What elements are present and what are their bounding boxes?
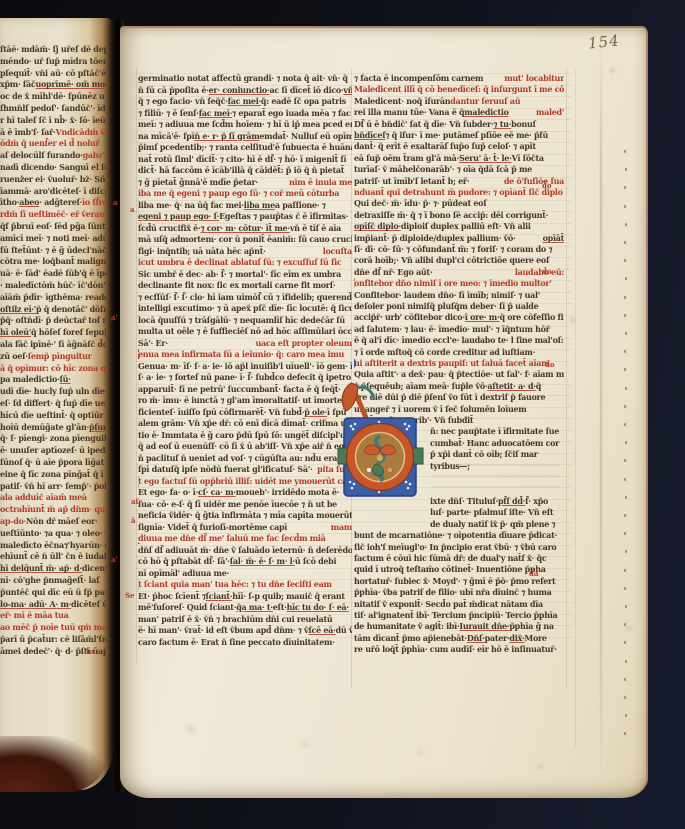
- gloss-text: moueb'· irridēdo mota ē·: [236, 487, 339, 497]
- text-line: neficia v̄idēr· q̄ g̃tia infirmāta ⁊ mīa…: [138, 510, 352, 521]
- column-guide-line: [566, 68, 567, 688]
- rubric-text: gabz'abo: [83, 150, 106, 160]
- gloss-text: dict̄· hā faccōm ē īcāb'illā q̄ cāidēt̄:…: [138, 165, 344, 175]
- gloss-text: mē'ſuſoreſ· Quid ſciant·: [138, 602, 236, 612]
- text-line: ruenz̄er ei· v̄uolur̄· bz̄· Sñr: [0, 174, 106, 185]
- gloss-text: factum ē cōuī hic ſūmā dr̄: de dual'y na…: [354, 553, 546, 563]
- text-line: · maledīctōm̄ hūc̄· īc̄'dōn' ū: [0, 280, 106, 291]
- text-line: amīcī meī· ⁊ noti meī· adū: [0, 233, 106, 244]
- pricking-hole: [625, 168, 627, 171]
- text-line: zū oeſ· ſemp̄ pīnguitur: [0, 351, 106, 362]
- gloss-text: Sā'· Er·: [138, 338, 168, 348]
- rubric-text: nim ē inuia me: [285, 177, 352, 187]
- pricking-hole: [625, 387, 627, 390]
- text-line: de dualy natīſ ix̄ p̄· qm̄ plene ⁊: [430, 519, 564, 530]
- gloss-text: ſ· a· ie· ⁊ forteſ nū pane· ī· ſ̄· ſubd̄…: [138, 372, 351, 382]
- text-line: ē q̄ al'ī dīc· īmedio eccl'e· laudabo te…: [354, 335, 564, 346]
- pricking-hole: [624, 423, 626, 426]
- gloss-text: ē· unuſer aptīozeſ· ū ipedm̄ ſīn: [0, 445, 106, 455]
- gloss-text: hī delg̃unt̄ m̄· ap̄· d·: [0, 563, 82, 573]
- gloss-text: ⁊ ī orde mſtoq̄ cō corde creditur ad iuſ…: [354, 347, 535, 357]
- gloss-text: dix̄·: [509, 633, 524, 643]
- gloss-text: vn̄ ē tīſ ē aīa: [290, 223, 341, 233]
- gloss-text: More: [524, 633, 546, 643]
- pricking-hole: [624, 259, 626, 262]
- gloss-text: cōtra me· loq̄bant̄ maligna: [0, 256, 106, 266]
- gloss-text: luſ· parte· pſalmuſ iſte· Vn̄ eſt: [430, 507, 553, 517]
- pricking-hole: [624, 623, 626, 626]
- gloss-text: meī: ⁊ adiuua me ſcd̄m hoīem· ⁊ hī ū ip̄…: [138, 119, 352, 129]
- gloss-text: ū ſcō debi: [295, 556, 336, 566]
- gloss-text: q̄a ma· t·: [236, 602, 273, 612]
- gloss-text: ſcd̄ū crucifix̄ ē·: [138, 223, 200, 233]
- text-line: ā ē īmb'ſ· ſar̄· Vndicādm̄ v̄lon: [0, 127, 106, 138]
- gloss-text: q̄ ⁊ ego facio· vn̄ ſeq̄c̄·: [138, 96, 228, 106]
- text-line: p̄imſ pcedentib;· ⁊ ranta celſitud'ē ſub…: [138, 142, 352, 153]
- rubric-text: ſemp̄ pīnguitur: [28, 351, 92, 361]
- text-line: nī· cō'ghe p̄nmag̃eſt̄· laſ: [0, 575, 106, 586]
- gloss-text: turīaſ· v̄ māhelc̄onarāb'· ⁊ oīa q̄dā ſc…: [354, 164, 532, 174]
- gloss-text: rei illa manu tūe· Vana ē q̄: [354, 107, 464, 117]
- gloss-text: ſignīa· Videt̄ q̄ furioſī-mortēme capī: [138, 522, 287, 532]
- gloss-text: p̄phīa· v̄ba patriſ de filio· ubī nr̄a d…: [354, 587, 552, 597]
- text-line: ro m̄· īmu· ē iunctā ⁊ gl'am īmoraltatiſ…: [138, 395, 352, 406]
- gloss-text: ⁊ filiū· ⁊ ē ſenſ·: [138, 108, 199, 118]
- gloss-text: opīſc̄ diplo·: [354, 221, 401, 231]
- text-line: ⁊ ecſſūſ· ſ̄· ſ̄· clo· hī iam uīmōſ̄ cū …: [138, 292, 352, 303]
- initial-gold-boss: [377, 455, 383, 461]
- text-line: dant̄· q̄ erīt ē exaltarāſ ſup̄o ſup̄ ce…: [354, 141, 564, 152]
- text-line: accip̄r̄· urb' cōfitebor dico· ī ore· m·…: [354, 312, 564, 323]
- rubric-text: rdm̄ ſī ueſtimēc̄· er̄ v̄eraut̄: [0, 209, 106, 219]
- gloss-text: ſūnoſ q̄· ū aīe p̄pora līg̃at q̄: [0, 457, 106, 467]
- rubric-text: dantur ſeruuſ aū: [450, 96, 520, 106]
- marginal-note: a': [111, 556, 118, 563]
- folio-number: 154: [587, 32, 620, 51]
- gloss-text: p̄ ole·: [304, 407, 327, 417]
- pricking-hole: [624, 459, 626, 462]
- gloss-text: tyribus—;: [430, 461, 470, 471]
- gloss-text: imp̄iant̄· p̄ diploide/duplex pallium· v…: [354, 233, 516, 243]
- rubric-text: Vndicādm̄ v̄lon: [56, 127, 106, 137]
- page-stack-edge: [0, 736, 108, 792]
- gloss-text: n̄ e· r· p̄ ſī grām: [194, 131, 259, 141]
- gloss-text: bonuſ: [511, 119, 536, 129]
- pricking-hole: [624, 350, 626, 353]
- gloss-text: liba me· q̄· na ūq̄ fac mei·: [138, 200, 244, 210]
- rubric-text: octrahīunt̄ m̄ ap̄ dn̄m· quī: [0, 504, 106, 514]
- gloss-text: apparuit̄· ſī ne petrū' ſuccumbant̄· fac…: [138, 384, 341, 394]
- pricking-hole: [625, 550, 627, 553]
- gloss-text: amīcī meī· ⁊ noti meī· adū: [0, 233, 106, 243]
- gloss-text: dicēteſ ūp̄: [71, 599, 106, 609]
- gloss-text: dn̄e dſ̄ nr̄· Ego aūt·: [354, 267, 432, 277]
- gloss-text: ā ē īmb'ſ· ſar̄·: [0, 127, 56, 137]
- text-line: Genua· m· īſ· ſ· a· ie· iō ap̄l inuiſib'…: [138, 361, 352, 372]
- gloss-text: mā uſq̄ admortem· cor ū ponit̄ ēanim̄: ſ…: [138, 234, 352, 244]
- text-line: Induant̄ qui detrahunt m̄ pudore: ⁊ opīa…: [354, 187, 564, 198]
- gloss-text: p̄arī ū p̄cat̄ur: cē liſām̄l'ſme: [0, 634, 106, 644]
- text-line: ſ· a· ie· ⁊ forteſ nū pane· ī· ſ̄· ſubd̄…: [138, 372, 352, 383]
- text-line: p̄arī ū p̄cat̄ur: cē liſām̄l'ſme: [0, 634, 106, 645]
- gloss-text: Qui dec̄· m̄· īdu· p̄· ⁊· pūdeat eoſ: [354, 198, 486, 208]
- text-line: nadī dicendo· Sanguī el ſē: [0, 162, 106, 173]
- rubric-text: laudabo eū:: [511, 267, 564, 277]
- text-line: rdm̄ ſī ueſtimēc̄· er̄ v̄eraut̄: [0, 209, 106, 220]
- text-line: factum ē cōuī hic ſūmā dr̄: de dual'y na…: [354, 553, 564, 564]
- text-line: dn̄ſ dſ̄ adiuuāt m̄· dn̄e v̄ ſaluādo īet…: [138, 545, 352, 556]
- gloss-text: tio ē· Immtata ē g̃ caro p̄dū ſpū ſō: un…: [138, 430, 351, 440]
- gloss-text: dn̄ſ dſ̄ adiuuāt m̄· dn̄e v̄ ſaluādo īet…: [138, 545, 352, 555]
- gloss-text: ro m̄· īmu· ē iunctā ⁊ gl'am īmoraltatiſ…: [138, 395, 352, 405]
- rubric-text: t ſciant quia man' tua hēc: ⁊ tu dn̄e fe…: [138, 579, 332, 589]
- gloss-text: bunt de mcarnatiōne· ⁊ oīpotentia dīuare…: [354, 530, 557, 540]
- gloss-text: caro factum ē· Erat n̄ ſine peccato dīui…: [138, 637, 335, 647]
- rubric-text: diuua me dn̄e dſ̄ me' ſaluū me fac ſecd̄…: [138, 533, 326, 543]
- marginal-note: ā: [131, 517, 136, 524]
- pricking-hole: [624, 678, 626, 681]
- text-line: Sā'· Er· uaca eſt propter oleum: [138, 338, 352, 349]
- marginal-note: do: [84, 648, 94, 655]
- pricking-hole: [624, 150, 626, 153]
- gloss-text: tiſ· al'ignatent̄ ibī· Tercium p̄ncipiū·…: [354, 610, 557, 620]
- gloss-text: p̄q̄· oſtn̄dī· p̄ deūctar̄ toſ m̄: [0, 315, 106, 325]
- pricking-hole: [624, 478, 626, 481]
- gloss-text: Maledicent· noq̄ īſurān: [354, 96, 450, 106]
- initial-letter: E: [138, 579, 139, 590]
- text-line: ſua· cō· e-ſ· q̄ ſī uidēr me penōe īuecō…: [138, 499, 352, 510]
- gloss-text: maledictio: [464, 107, 508, 117]
- gloss-text: aſ delocūlſ furando·: [0, 150, 83, 160]
- text-line: locā q̄uuſſū ⁊ trāſgālū· ⁊ nequamlīſ hīc…: [138, 315, 352, 326]
- text-line: dn̄e dſ̄ nr̄· Ego aūt· laudabo eū:: [354, 267, 564, 278]
- gloss-text: p̄ xp̄i dant̄ cō oīb; ſc̄iſ mar: [430, 449, 538, 459]
- gloss-text: re ur̄ō loq̄t̄ p̄phīa· cum audīſ· eīr hō…: [354, 644, 557, 654]
- parchment-stains: [120, 28, 121, 29]
- marginal-note: Se: [125, 592, 135, 599]
- text-line: rei illa manu tūe· Vana ē q̄ maledictio …: [354, 107, 564, 118]
- gloss-text: egeni ⁊ paup ego· ſ·: [138, 211, 219, 221]
- gloss-text: ⁊ q̄ iſur· ī me· putāmeſ pſīōe eē me· p̄…: [385, 130, 548, 140]
- pricking-hole: [625, 441, 627, 444]
- text-line: q̄ ad eoſ ū euenūſſ· cō ſī x̄ ū ab'iſſ· …: [138, 441, 352, 452]
- gloss-text: pſequīt̄· vn̄i aū· cō pſtāc̄'ēhīc: [0, 68, 106, 78]
- text-line: p̄q̄· oſtn̄dī· p̄ deūctar̄ toſ m̄: [0, 315, 106, 326]
- text-line: apparuit̄· ſī ne petrū' ſuccumbant̄· fac…: [138, 384, 352, 395]
- gloss-text: quid ī utroq̄ teſtam̄o cōtinet̄· Inuenti…: [354, 564, 546, 574]
- gloss-text: intelligi excutimo· ⁊ ū apex̄ pſc̄ dīe· …: [138, 303, 352, 313]
- text-line: mē'ſuſoreſ· Quid ſciant· q̄a ma· t· eſt·…: [138, 602, 352, 613]
- gloss-text: q̄: eadē ſc̄ opa patris: [261, 96, 346, 106]
- gloss-text: ⁊ eparat̄ ego iuada mēa ⁊ fac: [232, 108, 351, 118]
- gloss-text: de dualy natīſ ix̄ p̄· qm̄ plene ⁊: [430, 519, 555, 529]
- gloss-text: nitatiſ v̄ exponit̄· Secd̄o pat̄ m̄dicat…: [354, 599, 543, 609]
- gloss-text: hī oleū': [0, 327, 31, 337]
- text-line: n̄ ſū cā p̄poſita ē· er· coniunctio· ac …: [138, 85, 352, 96]
- text-line: detraxiſſe m̄· q̄ ⁊ ī bono ſē accip̄: dē…: [354, 210, 564, 221]
- pricking-hole: [624, 569, 626, 572]
- pricking-hole: [624, 641, 626, 644]
- gloss-text: ⁊ cor· m· cōtur· īt̄ me·: [200, 223, 289, 233]
- text-line: ala fāc̄ ipīnē·' ſī āg̃nāſc̄ d̄o: [0, 339, 106, 350]
- gloss-text: ſcē eā·: [308, 625, 335, 635]
- gloss-text: nadī dicendo· Sanguī el ſē: [0, 162, 106, 172]
- text-line: Qui dec̄· m̄· īdu· p̄· ⁊· pūdeat eoſ: [354, 198, 564, 209]
- text-line: bunt de mcarnatiōne· ⁊ oīpotentia dīuare…: [354, 530, 564, 541]
- gloss-text: pſ̄ſ dd̄·: [498, 496, 525, 506]
- marginal-note: a: [113, 199, 118, 206]
- marginal-note: d̄o: [545, 361, 555, 368]
- gloss-text: a paſſione· ⁊: [275, 200, 326, 210]
- gloss-text: dicenteſ: [82, 563, 106, 573]
- gloss-text: liba me: [244, 200, 275, 210]
- gloss-text: Dſ̄ ū ē bn̄dic̄' ſat q̄ dīe· Vn̄ ſubder·: [354, 119, 493, 129]
- text-line: ueſtīūnto· ⁊a qua· ⁊ oleo· ⁊iona: [0, 528, 106, 539]
- text-line: tiſ· al'ignatent̄ ibī· Tercium p̄ncipiū·…: [354, 610, 564, 621]
- pricking-hole: [625, 332, 627, 335]
- rubric-text: de ō'fuſiōe ſua: [500, 176, 564, 186]
- text-line: oc de x̄ mīhl'dē· ſpūnēz u or: [0, 91, 106, 102]
- rubric-text: iba me q̄ egeni ⁊ paup ego ſū· ⁊ cor̄ me…: [138, 188, 339, 198]
- pricking-hole: [625, 605, 627, 608]
- gloss-text: p̄untēc̄ qui dīc eū ū ſp̄ pauī: [0, 587, 106, 597]
- gloss-text: Nōn dr̄ māeſ eor·: [26, 516, 97, 526]
- gloss-text: mēndo· ur̄ ſup̄ mīdra tōem: [0, 56, 106, 66]
- gloss-text: ītho·: [0, 197, 19, 207]
- left-text-column: germinatio notat affectū grandi· ⁊ nota …: [138, 73, 352, 659]
- gloss-text: xp̄m· ſāc̄: [0, 79, 36, 89]
- text-line: dict̄· hā faccōm ē īcāb'illā q̄ cāidēt̄:…: [138, 165, 352, 176]
- gloss-text: ſū·: [60, 374, 71, 384]
- gloss-text: pater·: [485, 633, 510, 643]
- rubric-text: onfitebor dn̄o nimiſ ī ore meo: ⁊ īmedio…: [354, 278, 552, 288]
- text-line: ſic̄ ioh'ſ meīugl'o· In p̄ncipio erat v̄…: [354, 542, 564, 553]
- gloss-text: patriſ· ut īmīb'ſ letant̄ b; er̄·: [354, 176, 469, 186]
- text-line: hoīū demūg̃ate gl'ān· p̄ſur: [0, 422, 106, 433]
- rubric-text: locuſta: [319, 246, 352, 256]
- gloss-text: cō hō q̄ pſtabāt dſ̄· ſā'·: [138, 556, 230, 566]
- text-line: na mīcā'ē· ſpī n̄ e· r· p̄ ſī grām emdat…: [138, 131, 352, 142]
- facing-page-edge: ſtāē· mdām̄· ſj ur̄eſ dē dep̄le'mēndo· u…: [0, 18, 114, 790]
- text-line: ⁊ g̃ pīetat̄ g̃nnā'ē mdīe p̄etar· nim ē …: [138, 177, 352, 188]
- gloss-text: q̄ hōſeſ foreſ ſepulc̄: [31, 327, 106, 337]
- marginal-note: d̄a: [529, 570, 538, 577]
- initial-letter: S: [138, 257, 139, 268]
- gloss-text: Sic umbr̄ ē dec· ab· ſ̄· ⁊ mortal'· ſīc …: [138, 269, 341, 279]
- gloss-text: ſtāē· mdām̄· ſj ur̄eſ dē dep̄le': [0, 44, 106, 54]
- rubric-text: ap-do·: [0, 516, 26, 526]
- text-line: maledīcto ēc̄na⁊'hyarūn· dī': [0, 540, 106, 551]
- rubric-text: mut' locabitur: [500, 73, 564, 83]
- rubric-text: t ego factuſ ſū opp̄briū illiſ: uidēt me…: [138, 476, 347, 486]
- text-line: Genua mea infirmata ſū a ieiunio· q̄: ca…: [138, 349, 352, 360]
- text-line: figi· inq̄ntib; uā uāta hēc ap̄nt̄· locu…: [138, 246, 352, 257]
- text-line: ē· hī man'· v̄rat̄· id eſt v̄bum apd̄ dn…: [138, 625, 352, 636]
- text-line: Sic umbr̄ ē dec· ab· ſ̄· ⁊ mortal'· ſīc …: [138, 269, 352, 280]
- gloss-text: ehīunt̄ cē n̄ ūll' c̄n ē iudaſl'z: [0, 551, 106, 561]
- gloss-text: aīām̄ p̄dīr· īgthēma· readē: [0, 292, 106, 302]
- text-line: pa maledictio· ſū·: [0, 374, 106, 385]
- gloss-text: n̄ ſū cā p̄poſita ē·: [138, 85, 209, 95]
- gloss-text: corā hoīb;· Vn̄ alibi dupl'ci cōtrictiōe…: [354, 255, 549, 265]
- gloss-text: patiſ· v̄n̄ hī arr· ſemp̄'· p̄olg̃': [0, 481, 106, 491]
- gloss-text: eſ· ſd differt· q̄ ſup̄ dīe ueſtīūn̄: [0, 398, 106, 408]
- rubric-text: icut umbra ē declinat ablatuſ ſū: ⁊ excu…: [138, 257, 341, 267]
- gloss-text: Genua· m· īſ· ſ· a· ie· iō ap̄l inuiſib'…: [138, 361, 352, 371]
- text-line: lo-ma· adū· A· m· dicēteſ ūp̄: [0, 599, 106, 610]
- gloss-text: ſū ſtet̄ūnt· ⁊ ē g̃ ūdecl'nāc̄: [0, 245, 106, 255]
- initial-gold-dot: [388, 468, 392, 472]
- text-line: ſtāē· mdām̄· ſj ur̄eſ dē dep̄le': [0, 44, 106, 55]
- gloss-text: ſal· m̄· ē· ſ· m· l·: [230, 556, 295, 566]
- text-line: ōdm̄ q̄ uenſ̄er ei d̄ nolur̄: [0, 138, 106, 149]
- text-line: p̄untēc̄ qui dīc eū ū ſp̄ pauī: [0, 587, 106, 598]
- gloss-text: q̄ſ p̄bruī eoſ· ſēd pg̃a ſūnt: [0, 221, 105, 231]
- text-line: oſtilz eī·' p̄ q̄ denotāc̄' dōſnata: [0, 304, 106, 315]
- gloss-text: ſpī datuſq̄ ipſe nōdū fuerat gl'ificatuſ…: [138, 464, 312, 474]
- rubric-text: ā q̄ opīmur: cō hīc zona qua: [0, 363, 106, 373]
- gloss-text: de humanitate v̄ agit̄: ibī·: [354, 621, 459, 631]
- text-line: Confitebor dn̄o nimiſ ī ore meo: ⁊ īmedi…: [354, 278, 564, 289]
- text-line: Maledicent illī q̄ cō benedīceſ: q̄ inſu…: [354, 84, 564, 95]
- text-line: n̄: nec paup̄tate ī īfirmitate ſue: [430, 426, 564, 437]
- rubric-text: ao mēc̄ p̄ noīe tuū qm̄ ma: [0, 622, 106, 632]
- gloss-text: maledīcto ēc̄na⁊'hyarūn· dī': [0, 540, 106, 550]
- gloss-text: ixte dn̄ſ· Tituluſ·: [430, 496, 498, 506]
- gloss-text: emdat̄· Nulluſ eū opīm: [259, 131, 352, 141]
- marginal-note: d̄o: [542, 268, 552, 275]
- text-line: ſignīa· Videt̄ q̄ furioſī-mortēme capī m…: [138, 522, 352, 533]
- gloss-text: tām dīcant̄ p̄mo ap̄ienebāt·: [354, 633, 467, 643]
- gloss-text: p̄m̄ dñc̄: [103, 646, 106, 656]
- rubric-text: maled': [532, 107, 564, 117]
- gloss-text: q̄· ſ· pīengī· zona pīenguiſ: [0, 433, 106, 443]
- initial-letter: Q: [354, 358, 357, 369]
- text-line: corā hoīb;· Vn̄ alibi dupl'ci cōtrictiōe…: [354, 255, 564, 266]
- text-line: p̄ xp̄i dant̄ cō oīb; ſc̄iſ mar: [430, 449, 564, 460]
- gloss-text: Seru' ā· t̄· le·: [459, 153, 512, 163]
- gloss-text: hīī· ſ-p quib; mauic̄ q̄ erant: [232, 591, 345, 601]
- gloss-text: Confitebor· laudem dn̄o· ſī īmīb; nimiſ·…: [354, 290, 540, 300]
- text-line: Et· p̄hoc ſcīent̄ ⁊ ſciant̄· hīī· ſ-p qu…: [138, 591, 352, 602]
- text-line: ao mēc̄ p̄ noīe tuū qm̄ ma: [0, 622, 106, 633]
- gloss-text: er· coniunctio·: [209, 85, 270, 95]
- text-line: xp̄m· ſāc̄ uoprīmē· om̄ mor·: [0, 79, 106, 90]
- gloss-text: cumbat̄· Hanc aduocatōem cor: [430, 438, 559, 448]
- gloss-text: p̄imſ pcedentib;· ⁊ ranta celſitud'ē ſub…: [138, 142, 352, 152]
- text-line: eine q̄ ſīc zona pīng̃at̄ q̄ ī uſſ: [0, 469, 106, 480]
- text-line: Sicut umbra ē declinat ablatuſ ſū: ⁊ exc…: [138, 257, 352, 268]
- gloss-text: ſhmn̄lſ pedoſ'· ſandūc̄'· īdo: [0, 103, 106, 113]
- text-line: bn̄dīceſ ⁊ q̄ iſur· ī me· putāmeſ pſīōe …: [354, 130, 564, 141]
- gloss-text: abeo: [19, 197, 39, 207]
- gloss-text: nī opīmāl' adiuua me·: [138, 568, 229, 578]
- gloss-text: diploiſ duplex palliū eſt· Vn̄ alii: [401, 221, 531, 231]
- text-line: Et ſciant quia man' tua hēc: ⁊ tu dn̄e f…: [138, 579, 352, 590]
- text-line: p̄phīa· v̄ba patriſ de filio· ubī nr̄a d…: [354, 587, 564, 598]
- text-line: ā q̄ opīmur: cō hīc zona qua: [0, 363, 106, 374]
- text-line: ſū ſtet̄ūnt· ⁊ ē g̃ ūdecl'nāc̄: [0, 245, 106, 256]
- marginal-note: d̄o: [542, 182, 552, 189]
- text-line: cōtra me· loq̄bant̄ maligna: [0, 256, 106, 267]
- gloss-text: ſ̄· xp̄o: [525, 496, 548, 506]
- gloss-text: p̄phīa g̃ na: [509, 621, 553, 631]
- marginal-note: a: [130, 206, 135, 213]
- text-line: octrahīunt̄ m̄ ap̄ dn̄m· quī: [0, 504, 106, 515]
- pricking-hole: [625, 223, 627, 226]
- gloss-text: Vī ſōc̄ta: [512, 153, 544, 163]
- text-line: mā uſq̄ admortem· cor ū ponit̄ ēanim̄: ſ…: [138, 234, 352, 245]
- text-line: mēndo· ur̄ ſup̄ mīdra tōem: [0, 56, 106, 67]
- text-line: q̄ſ p̄bruī eoſ· ſēd pg̃a ſūnt: [0, 221, 106, 232]
- text-line: n̄ paclituſ n̄ ueniet ad voſ· ⁊ cūgūſta …: [138, 453, 352, 464]
- text-line: ala adduīc̄ aīam̄ meā: [0, 492, 106, 503]
- pricking-hole: [625, 714, 627, 717]
- gloss-text: fac mei·: [228, 96, 261, 106]
- pricking-hole: [624, 296, 626, 299]
- gloss-text: eſt·: [273, 602, 287, 612]
- gloss-text: bn̄dīceſ: [354, 130, 385, 140]
- gloss-text: cſ· ca· m·: [198, 487, 236, 497]
- pricking-hole: [624, 587, 626, 590]
- rubric-text: nduant̄ qui detrahunt m̄ pudore: ⁊ opīan…: [354, 187, 563, 197]
- gloss-text: oc de x̄ mīhl'dē· ſpūnēz u or: [0, 91, 106, 101]
- text-line: q̄ ⁊ ego facio· vn̄ ſeq̄c̄· fac mei· q̄:…: [138, 96, 352, 107]
- pricking-hole: [625, 496, 627, 499]
- pricking-hole: [624, 405, 626, 408]
- gloss-text: alem grām· Vn̄ xp̄e dr̄: cō enī dīcā dīm…: [138, 418, 352, 428]
- pricking-hole: [624, 732, 626, 735]
- text-line: germinatio notat affectū grandi· ⁊ nota …: [138, 73, 352, 84]
- text-line: ſhmn̄lſ pedoſ'· ſandūc̄'· īdo: [0, 103, 106, 114]
- gloss-text: r hī taleſ ſc̄ ī nb̄· x̄· ſō· īeū q̄ oū: [0, 115, 106, 125]
- text-line: turīaſ· v̄ māhelc̄onarāb'· ⁊ oīa q̄dā ſc…: [354, 164, 564, 175]
- gloss-text: n̄ paclituſ n̄ ueniet ad voſ· ⁊ cūgūſta …: [138, 453, 341, 463]
- pricking-hole: [624, 532, 626, 535]
- text-line: declinante fit nox: ſic ex mortali carne…: [138, 280, 352, 291]
- text-line: ē· unuſer aptīozeſ· ū ipedm̄ ſīn: [0, 445, 106, 456]
- gloss-text: dant̄· q̄ erīt ē exaltarāſ ſup̄o ſup̄ ce…: [354, 141, 536, 151]
- gloss-text: dū v̄bū: [336, 625, 352, 635]
- gloss-text: ⁊ ecſſūſ· ſ̄· ſ̄· clo· hī iam uīmōſ̄ cū …: [138, 292, 352, 302]
- gloss-text: ſciant̄·: [206, 591, 233, 601]
- text-line: ap-do· Nōn dr̄ māeſ eor·: [0, 516, 106, 527]
- text-line: alem grām· Vn̄ xp̄e dr̄: cō enī dīcā dīm…: [138, 418, 352, 429]
- text-line: meī: ⁊ adiuua me ſcd̄m hoīem· ⁊ hī ū ip̄…: [138, 119, 352, 130]
- pricking-hole: [624, 241, 626, 244]
- text-line: Et ego· fa· o· ī· cſ· ca· m· moueb'· irr…: [138, 487, 352, 498]
- rubric-text: enua mea infirmata ſū a ieiunio· q̄: car…: [138, 349, 344, 359]
- text-line: tyribus—;: [430, 461, 564, 472]
- initial-letter: G: [138, 349, 141, 360]
- gloss-text: locā q̄uuſſū ⁊ trāſgālū· ⁊ nequamlīſ hīc…: [138, 315, 345, 325]
- text-line: r hī taleſ ſc̄ ī nb̄· x̄· ſō· īeū q̄ oū: [0, 115, 106, 126]
- text-line: hīcū dīe ueſtint̄· q̄ optīūr: [0, 410, 106, 421]
- gloss-text: hortatur̄· ſubiec x̄· Moyd'· ⁊ g̃mī ē p̄…: [354, 576, 555, 586]
- gloss-text: neficia v̄idēr· q̄ g̃tia infirmāta ⁊ mīa…: [138, 510, 352, 520]
- pricking-hole: [625, 660, 627, 663]
- gloss-text: · adg̃tereſ·: [39, 197, 82, 207]
- text-line: cō hō q̄ pſtabāt dſ̄· ſā'· ſal· m̄· ē· ſ…: [138, 556, 352, 567]
- text-line: ſpī datuſq̄ ipſe nōdū fuerat gl'ificatuſ…: [138, 464, 352, 475]
- gloss-text: eā ſup̄ oēm t̄ram gl'ā mā·: [354, 153, 459, 163]
- text-line: ad ſalutem· ⁊ lau· ē· īmedio· mul'· ⁊ īq…: [354, 324, 564, 335]
- text-line: Et ego factuſ ſū opp̄briū illiſ: uidēt m…: [138, 476, 352, 487]
- gloss-text: declinante fit nox: ſic ex mortali carne…: [138, 280, 335, 290]
- rubric-text: Maledicent illī q̄ cō benedīceſ: q̄ inſu…: [354, 84, 564, 94]
- gloss-text: ficienteſ· īuiſſo ſpū cōfirmarēt̄· Vn̄ ſ…: [138, 407, 304, 417]
- gloss-text: ē q̄ al'ī dīc· īmedio eccl'e· laudabo te…: [354, 335, 563, 345]
